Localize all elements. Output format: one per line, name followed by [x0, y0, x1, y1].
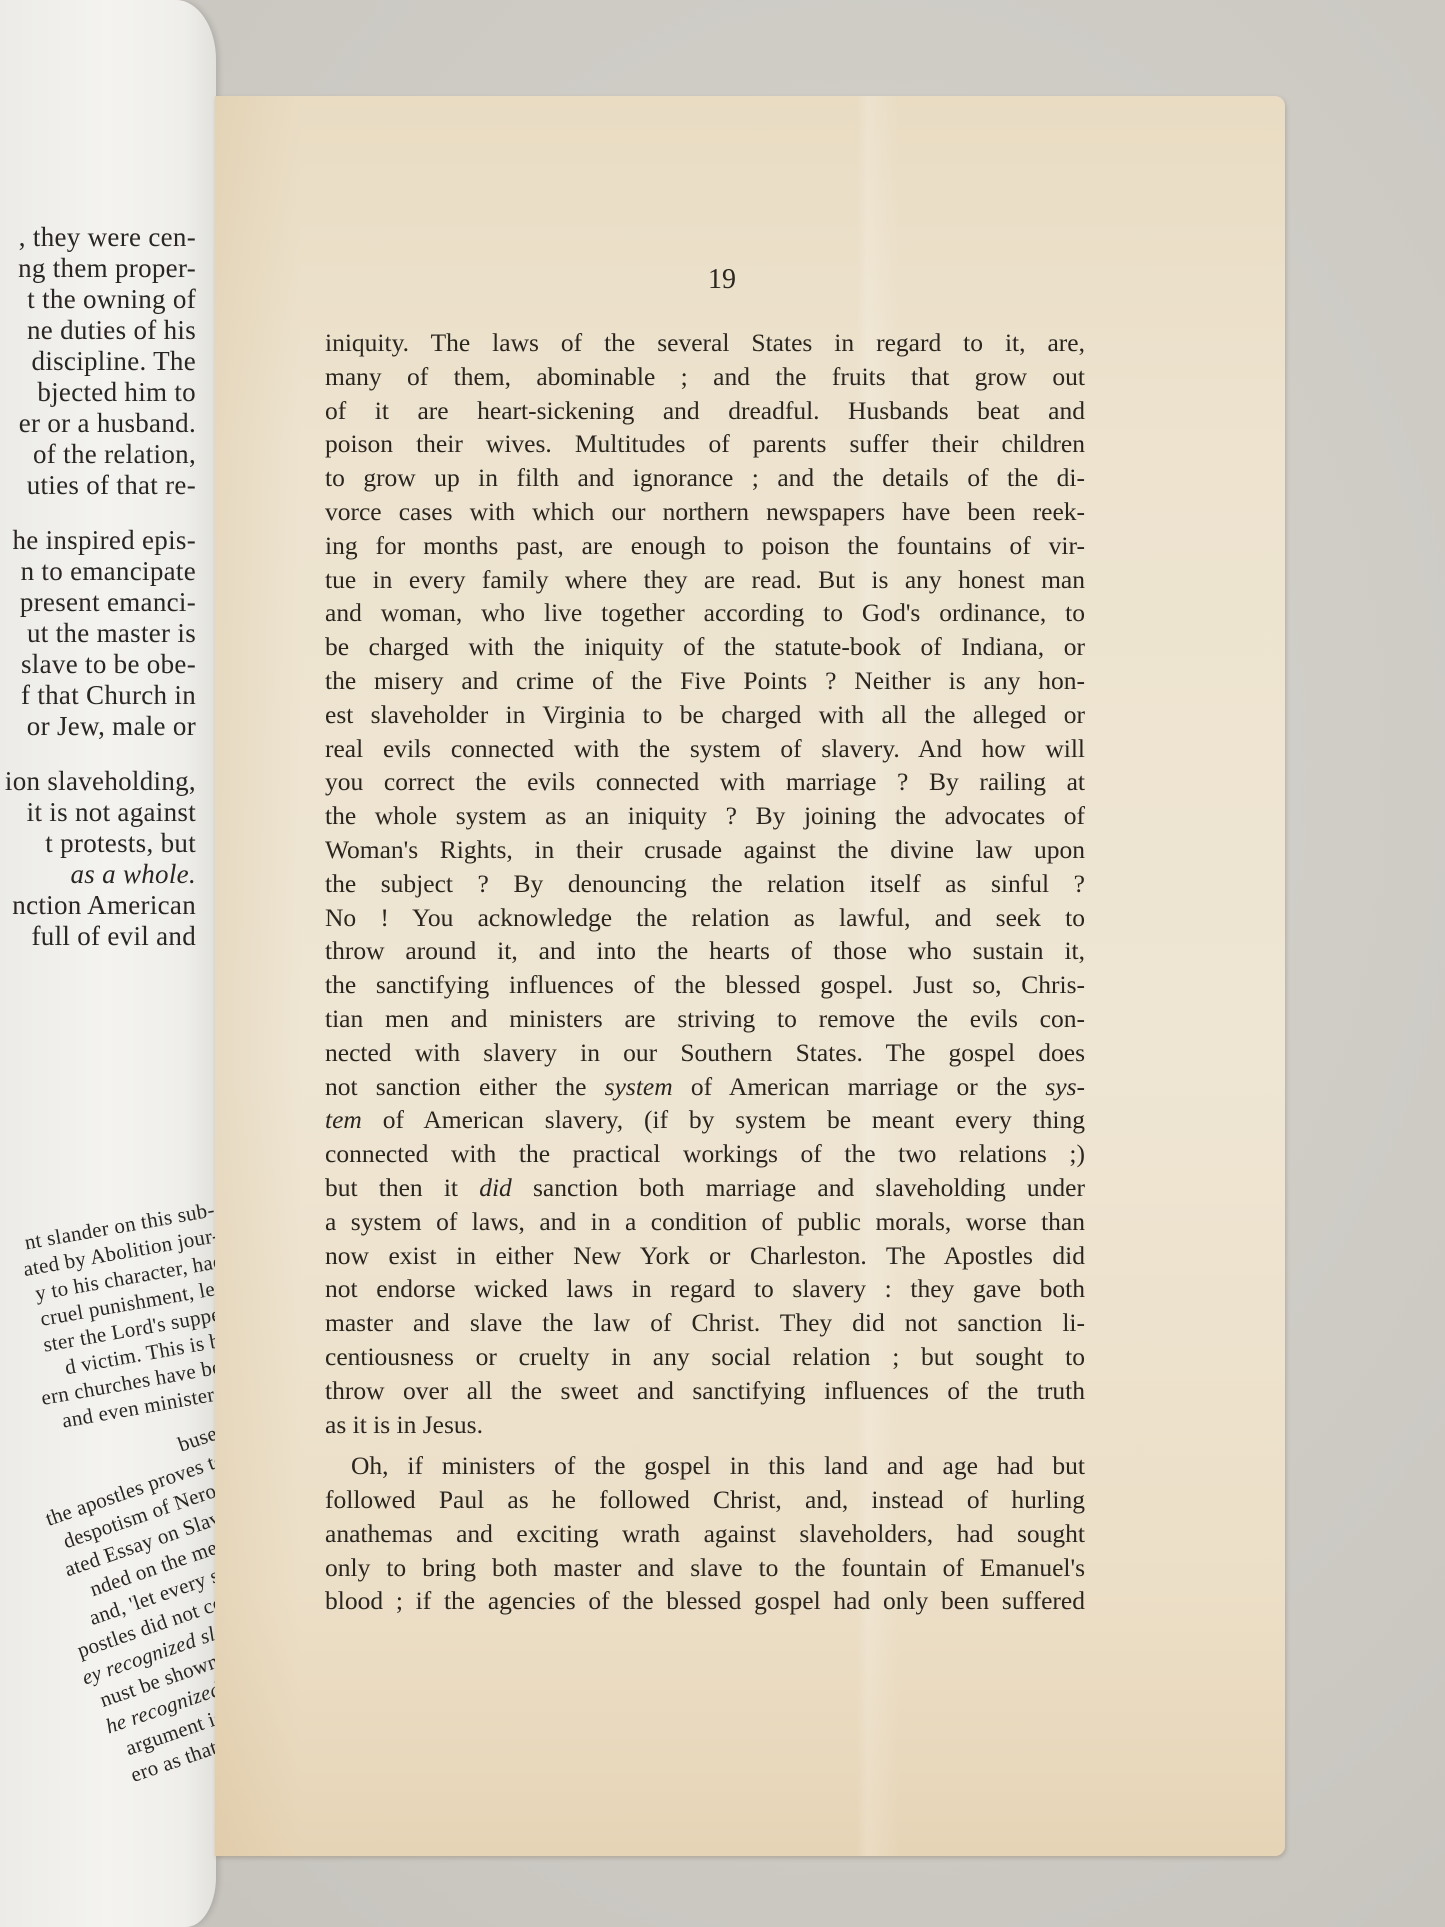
text-line: blood ; if the agencies of the blessed g…: [325, 1584, 1085, 1618]
text-line: now exist in either New York or Charlest…: [325, 1239, 1085, 1273]
text-line: est slaveholder in Virginia to be charge…: [325, 698, 1085, 732]
previous-page: , they were cen- ng them proper- t the o…: [0, 0, 216, 1927]
text-line: nected with slavery in our Southern Stat…: [325, 1036, 1085, 1070]
text-line: master and slave the law of Christ. They…: [325, 1306, 1085, 1340]
text-line: Woman's Rights, in their crusade against…: [325, 833, 1085, 867]
text-line: but then it did sanction both marriage a…: [325, 1171, 1085, 1205]
page-body: iniquity. The laws of the several States…: [325, 326, 1085, 1618]
text-line: tem of American slavery, (if by system b…: [325, 1103, 1085, 1137]
text-line: only to bring both master and slave to t…: [325, 1551, 1085, 1585]
text-line: real evils connected with the system of …: [325, 732, 1085, 766]
page-number: 19: [187, 264, 1257, 296]
text-line: he inspired epis-: [0, 525, 214, 556]
text-line: you correct the evils connected with mar…: [325, 765, 1085, 799]
text-line: or Jew, male or: [0, 711, 214, 742]
book-page: 19 iniquity. The laws of the several Sta…: [215, 96, 1285, 1856]
text-line: nction American: [0, 890, 214, 921]
text-line: Oh, if ministers of the gospel in this l…: [325, 1449, 1085, 1483]
previous-page-upper-text: , they were cen- ng them proper- t the o…: [0, 222, 214, 952]
text-line: the misery and crime of the Five Points …: [325, 664, 1085, 698]
text-line: vorce cases with which our northern news…: [325, 495, 1085, 529]
text-line: No ! You acknowledge the relation as law…: [325, 901, 1085, 935]
text-line: anathemas and exciting wrath against sla…: [325, 1517, 1085, 1551]
text-line: ion slaveholding,: [0, 766, 214, 797]
text-line: connected with the practical workings of…: [325, 1137, 1085, 1171]
text-line: not endorse wicked laws in regard to sla…: [325, 1272, 1085, 1306]
text-line: tian men and ministers are striving to r…: [325, 1002, 1085, 1036]
previous-page-footnote-b: buse? the apostles proves too despotism …: [17, 1415, 216, 1794]
text-line: bjected him to: [0, 377, 214, 408]
text-line: the subject ? By denouncing the relation…: [325, 867, 1085, 901]
text-line: t protests, but: [0, 828, 214, 859]
text-line: throw around it, and into the hearts of …: [325, 934, 1085, 968]
text-line: er or a husband.: [0, 408, 214, 439]
spacer: [0, 742, 214, 766]
text-line: of it are heart-sickening and dreadful. …: [325, 394, 1085, 428]
text-line: the sanctifying influences of the blesse…: [325, 968, 1085, 1002]
text-line: not sanction either the system of Americ…: [325, 1070, 1085, 1104]
text-line: of the relation,: [0, 439, 214, 470]
text-line: ing for months past, are enough to poiso…: [325, 529, 1085, 563]
text-line: f that Church in: [0, 680, 214, 711]
text-line: tue in every family where they are read.…: [325, 563, 1085, 597]
paragraph-end-line: as it is in Jesus.: [325, 1408, 1085, 1442]
text-line: the whole system as an iniquity ? By joi…: [325, 799, 1085, 833]
text-line: t the owning of: [0, 284, 214, 315]
text-line: to grow up in filth and ignorance ; and …: [325, 461, 1085, 495]
spacer: [0, 501, 214, 525]
text-line: as a whole.: [0, 859, 214, 890]
text-line: ut the master is: [0, 618, 214, 649]
text-line: a system of laws, and in a condition of …: [325, 1205, 1085, 1239]
text-line: uties of that re-: [0, 470, 214, 501]
text-line: poison their wives. Multitudes of parent…: [325, 427, 1085, 461]
text-line: it is not against: [0, 797, 214, 828]
text-line: n to emancipate: [0, 556, 214, 587]
text-line: discipline. The: [0, 346, 214, 377]
text-line: be charged with the iniquity of the stat…: [325, 630, 1085, 664]
text-line: throw over all the sweet and sanctifying…: [325, 1374, 1085, 1408]
text-line: centiousness or cruelty in any social re…: [325, 1340, 1085, 1374]
text-line: full of evil and: [0, 921, 214, 952]
text-line: slave to be obe-: [0, 649, 214, 680]
text-line: iniquity. The laws of the several States…: [325, 326, 1085, 360]
text-line: and woman, who live together according t…: [325, 596, 1085, 630]
text-line: present emanci-: [0, 587, 214, 618]
text-line: ne duties of his: [0, 315, 214, 346]
text-line: followed Paul as he followed Christ, and…: [325, 1483, 1085, 1517]
text-line: ng them proper-: [0, 253, 214, 284]
text-line: , they were cen-: [0, 222, 214, 253]
previous-page-footnote-a: nt slander on this sub- ated by Abolitio…: [3, 1195, 216, 1438]
text-line: many of them, abominable ; and the fruit…: [325, 360, 1085, 394]
